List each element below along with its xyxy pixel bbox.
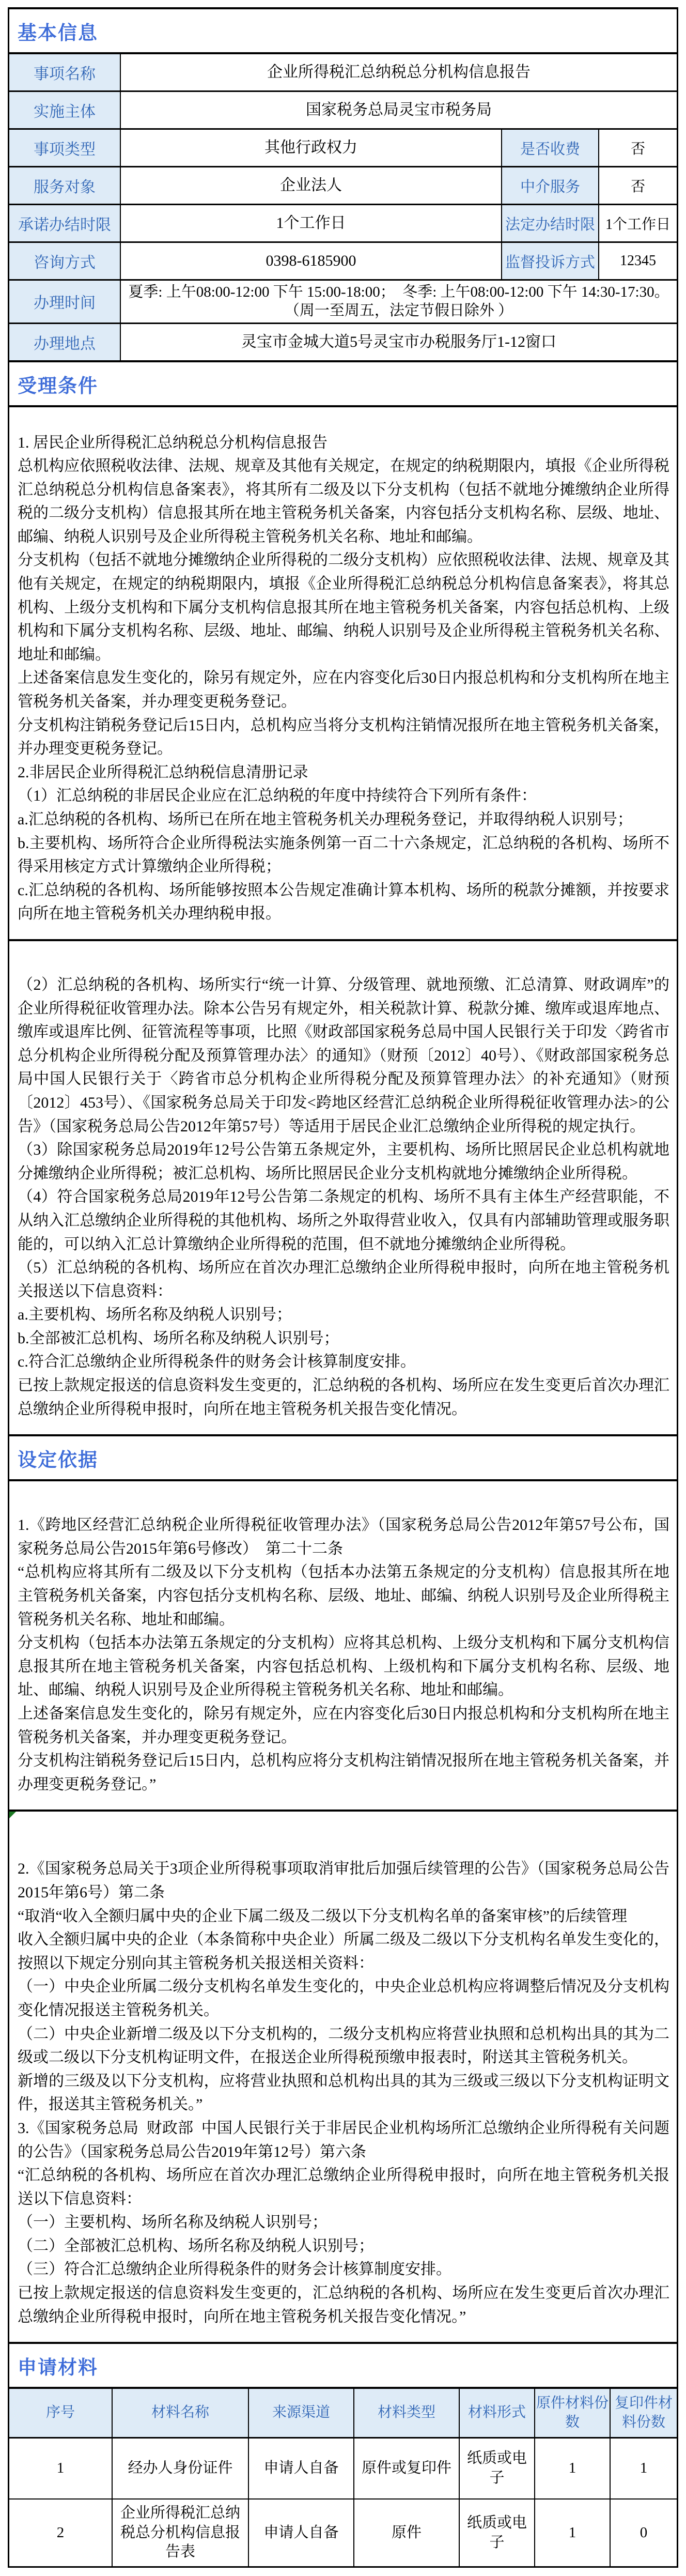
info-row-office-hours: 办理时间 夏季: 上午08:00-12:00 下午 15:00-18:00； 冬… [9,281,677,324]
materials-cell-form: 纸质或电子 [459,2438,535,2500]
info-row-office-location: 办理地点 灵宝市金城大道5号灵宝市办税服务厅1-12窗口 [9,324,677,362]
section-title-application-materials: 申请材料 [9,2344,677,2389]
field-value: 否 [599,130,677,166]
materials-header-name: 材料名称 [112,2389,248,2437]
materials-cell-original-count: 1 [535,2499,610,2566]
field-label: 办理地点 [9,324,121,360]
info-row-time-limit: 承诺办结时限 1个工作日 法定办结时限 1个工作日 [9,205,677,243]
materials-cell-name: 企业所得税汇总纳税总分机构信息报告表 [112,2499,248,2566]
materials-header-row: 序号 材料名称 来源渠道 材料类型 材料形式 原件材料份数 复印件材料份数 [9,2389,677,2437]
section-title-acceptance-conditions: 受理条件 [9,362,677,407]
materials-table: 序号 材料名称 来源渠道 材料类型 材料形式 原件材料份数 复印件材料份数 1 … [9,2389,677,2566]
field-value: 否 [599,167,677,204]
basis-text-block-2: 2.《国家税务总局关于3项企业所得税事项取消审批后加强后续管理的公告》（国家税务… [9,1812,677,2344]
field-label: 实施主体 [9,92,121,128]
materials-header-copy-count: 复印件材料份数 [610,2389,677,2437]
info-row-contact: 咨询方式 0398-6185900 监督投诉方式 12345 [9,243,677,281]
field-value: 1个工作日 [599,205,677,241]
field-label: 事项类型 [9,130,121,166]
info-row-item-name: 事项名称 企业所得税汇总纳税总分机构信息报告 [9,54,677,92]
materials-header-type: 材料类型 [354,2389,459,2437]
field-value: 企业所得税汇总纳税总分机构信息报告 [121,54,677,90]
materials-cell-source: 申请人自备 [248,2438,354,2500]
materials-cell-copy-count: 1 [610,2438,677,2500]
acceptance-text-block-1: 1. 居民企业所得税汇总纳税总分机构信息报告 总机构应依照税收法律、法规、规章及… [9,407,677,941]
field-value: 夏季: 上午08:00-12:00 下午 15:00-18:00； 冬季: 上午… [121,281,677,323]
materials-cell-original-count: 1 [535,2438,610,2500]
field-label: 服务对象 [9,167,121,204]
field-value: 其他行政权力 [121,130,501,166]
acceptance-text-block-2: （2）汇总纳税的各机构、场所实行“统一计算、分级管理、就地预缴、汇总清算、财政调… [9,941,677,1436]
field-value: 国家税务总局灵宝市税务局 [121,92,677,128]
materials-cell-form: 纸质或电子 [459,2499,535,2566]
materials-header-seq: 序号 [9,2389,112,2437]
field-label: 办理时间 [9,281,121,323]
materials-cell-seq: 2 [9,2499,112,2566]
section-title-legal-basis: 设定依据 [9,1436,677,1481]
materials-cell-seq: 1 [9,2438,112,2500]
materials-header-source: 来源渠道 [248,2389,354,2437]
field-label: 事项名称 [9,54,121,90]
info-row-item-type: 事项类型 其他行政权力 是否收费 否 [9,130,677,167]
service-info-sheet: 基本信息 事项名称 企业所得税汇总纳税总分机构信息报告 实施主体 国家税务总局灵… [8,7,678,2568]
field-label: 承诺办结时限 [9,205,121,241]
field-label: 法定办结时限 [501,205,599,241]
materials-header-original-count: 原件材料份数 [535,2389,610,2437]
materials-cell-source: 申请人自备 [248,2499,354,2566]
materials-cell-name: 经办人身份证件 [112,2438,248,2500]
materials-row: 1 经办人身份证件 申请人自备 原件或复印件 纸质或电子 1 1 [9,2438,677,2500]
materials-header-form: 材料形式 [459,2389,535,2437]
field-value: 企业法人 [121,167,501,204]
field-label: 咨询方式 [9,243,121,279]
field-value: 灵宝市金城大道5号灵宝市办税服务厅1-12窗口 [121,324,677,360]
field-value: 0398-6185900 [121,243,501,279]
info-row-implementing-body: 实施主体 国家税务总局灵宝市税务局 [9,92,677,130]
field-label: 是否收费 [501,130,599,166]
field-label: 中介服务 [501,167,599,204]
materials-row: 2 企业所得税汇总纳税总分机构信息报告表 申请人自备 原件 纸质或电子 1 0 [9,2499,677,2566]
section-title-basic-info: 基本信息 [9,9,677,54]
basis-text-block-1: 1.《跨地区经营汇总纳税企业所得税征收管理办法》（国家税务总局公告2012年第5… [9,1481,677,1812]
field-value: 12345 [599,243,677,279]
materials-cell-type: 原件 [354,2499,459,2566]
info-row-service-target: 服务对象 企业法人 中介服务 否 [9,167,677,205]
field-label: 监督投诉方式 [501,243,599,279]
materials-cell-type: 原件或复印件 [354,2438,459,2500]
field-value: 1个工作日 [121,205,501,241]
materials-cell-copy-count: 0 [610,2499,677,2566]
